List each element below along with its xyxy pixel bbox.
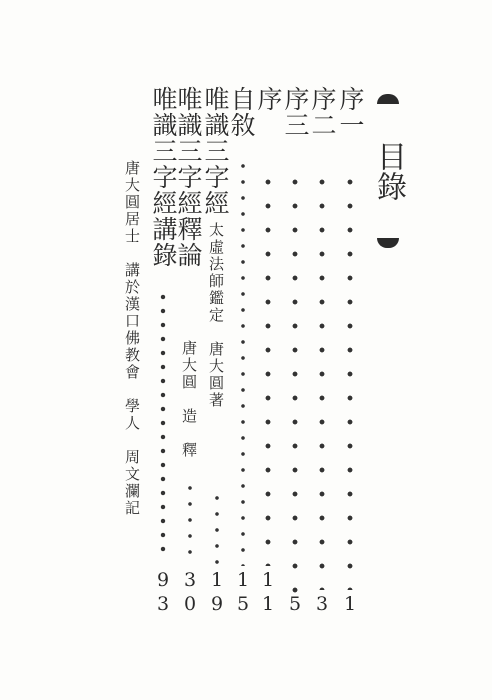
toc-heading: 目錄	[372, 92, 404, 250]
toc-entry-commentary[interactable]: 唯識三字經釋論	[175, 86, 202, 268]
entry-title: 自敘	[227, 86, 256, 138]
toc-entry-lecture-notes[interactable]: 唯識三字經講錄	[150, 86, 177, 268]
page-number: 11	[261, 568, 275, 616]
page-number: 30	[183, 568, 197, 616]
toc-entry-preface[interactable]: 序	[255, 86, 282, 112]
page-number: 3	[315, 592, 329, 616]
entry-title: 序	[254, 86, 283, 112]
entry-title: 序一	[336, 86, 365, 138]
bracket-bottom-icon	[377, 238, 399, 248]
leader-dots	[292, 170, 298, 606]
page-number: 5	[288, 592, 302, 616]
bracket-top-icon	[377, 94, 399, 104]
toc-entry-preface-3[interactable]: 序三	[282, 86, 309, 138]
entry-title: 序三	[281, 86, 310, 138]
page-number: 15	[236, 568, 250, 616]
leader-dots	[160, 290, 166, 560]
toc-entry-self-narration[interactable]: 自敘	[228, 86, 255, 138]
page-number: 93	[156, 568, 170, 616]
entry-subtitle: 太虛法師鑑定 唐大圓著	[208, 222, 224, 409]
toc-entry-sutra[interactable]: 唯識三字經	[202, 86, 229, 216]
toc-entry-preface-1[interactable]: 序一	[337, 86, 364, 138]
heading-text: 目錄	[371, 141, 406, 201]
leader-dots	[214, 490, 220, 566]
entry-subtitle: 唐大圓居士 講於漢口佛教會 學人 周文瀾記	[124, 160, 140, 517]
entry-subtitle: 唐大圓 造 釋	[181, 340, 197, 459]
page-number: 1	[343, 592, 357, 616]
leader-dots	[347, 170, 353, 590]
entry-title: 唯識三字經講錄	[149, 86, 178, 268]
leader-dots	[265, 170, 271, 566]
toc-entry-preface-2[interactable]: 序二	[309, 86, 336, 138]
entry-title: 唯識三字經釋論	[174, 86, 203, 268]
leader-dots	[319, 170, 325, 590]
entry-title: 唯識三字經	[201, 86, 230, 216]
leader-dots	[240, 158, 246, 566]
entry-title: 序二	[308, 86, 337, 138]
page-number: 19	[210, 568, 224, 616]
leader-dots	[187, 480, 193, 566]
